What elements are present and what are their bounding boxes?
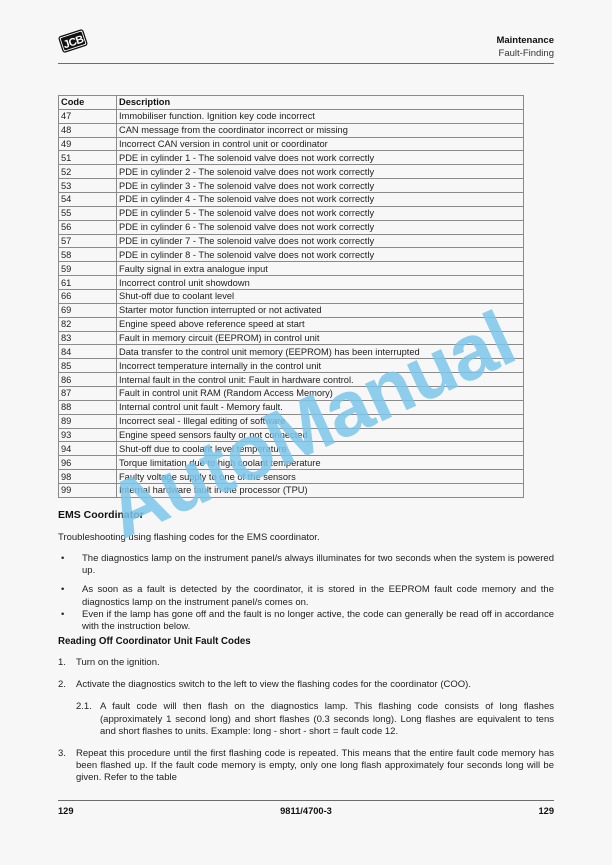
fault-description-cell: Fault in memory circuit (EEPROM) in cont… bbox=[117, 331, 524, 345]
fault-description-cell: PDE in cylinder 8 - The solenoid valve d… bbox=[117, 248, 524, 262]
bullet-text: As soon as a fault is detected by the co… bbox=[82, 584, 554, 607]
fault-code-table: Code Description 47Immobiliser function.… bbox=[58, 95, 524, 498]
fault-description-cell: PDE in cylinder 5 - The solenoid valve d… bbox=[117, 206, 524, 220]
bullet-icon: • bbox=[61, 584, 64, 596]
table-row: 82Engine speed above reference speed at … bbox=[59, 317, 524, 331]
fault-code-cell: 51 bbox=[59, 151, 117, 165]
fault-code-cell: 47 bbox=[59, 109, 117, 123]
fault-code-cell: 82 bbox=[59, 317, 117, 331]
fault-code-cell: 66 bbox=[59, 290, 117, 304]
fault-description-cell: Faulty voltage supply to one of the sens… bbox=[117, 470, 524, 484]
step-text: Activate the diagnostics switch to the l… bbox=[76, 679, 471, 690]
step-number: 3. bbox=[58, 748, 66, 760]
table-row: 49Incorrect CAN version in control unit … bbox=[59, 137, 524, 151]
table-row: 98Faulty voltage supply to one of the se… bbox=[59, 470, 524, 484]
fault-description-cell: PDE in cylinder 3 - The solenoid valve d… bbox=[117, 179, 524, 193]
bullet-text: The diagnostics lamp on the instrument p… bbox=[82, 553, 554, 576]
fault-description-cell: Engine speed above reference speed at st… bbox=[117, 317, 524, 331]
table-row: 57PDE in cylinder 7 - The solenoid valve… bbox=[59, 234, 524, 248]
bullet-icon: • bbox=[61, 609, 64, 621]
step-number: 1. bbox=[58, 657, 66, 669]
fault-code-cell: 89 bbox=[59, 414, 117, 428]
table-row: 51PDE in cylinder 1 - The solenoid valve… bbox=[59, 151, 524, 165]
fault-code-cell: 93 bbox=[59, 428, 117, 442]
fault-description-cell: Incorrect temperature internally in the … bbox=[117, 359, 524, 373]
table-row: 61Incorrect control unit showdown bbox=[59, 276, 524, 290]
fault-description-cell: Internal hardware fault in the processor… bbox=[117, 484, 524, 498]
ems-bullet-list: • The diagnostics lamp on the instrument… bbox=[58, 553, 554, 633]
fault-description-cell: Incorrect seal - Illegal editing of soft… bbox=[117, 414, 524, 428]
table-row: 84Data transfer to the control unit memo… bbox=[59, 345, 524, 359]
fault-description-cell: PDE in cylinder 6 - The solenoid valve d… bbox=[117, 220, 524, 234]
table-row: 53PDE in cylinder 3 - The solenoid valve… bbox=[59, 179, 524, 193]
fault-description-cell: Incorrect CAN version in control unit or… bbox=[117, 137, 524, 151]
section-title-ems-coordinator: EMS Coordinator bbox=[58, 509, 144, 521]
fault-code-cell: 57 bbox=[59, 234, 117, 248]
table-row: 69Starter motor function interrupted or … bbox=[59, 303, 524, 317]
table-row: 83Fault in memory circuit (EEPROM) in co… bbox=[59, 331, 524, 345]
fault-code-cell: 48 bbox=[59, 123, 117, 137]
manual-page: JCB Maintenance Fault-Finding Code Descr… bbox=[0, 0, 612, 865]
table-row: 55PDE in cylinder 5 - The solenoid valve… bbox=[59, 206, 524, 220]
header-titles: Maintenance Fault-Finding bbox=[496, 34, 554, 60]
table-row: 93Engine speed sensors faulty or not con… bbox=[59, 428, 524, 442]
fault-description-cell: PDE in cylinder 2 - The solenoid valve d… bbox=[117, 165, 524, 179]
fault-description-cell: Fault in control unit RAM (Random Access… bbox=[117, 387, 524, 401]
step-text: A fault code will then flash on the diag… bbox=[100, 701, 554, 736]
fault-code-cell: 87 bbox=[59, 387, 117, 401]
fault-description-cell: Internal control unit fault - Memory fau… bbox=[117, 400, 524, 414]
fault-code-cell: 53 bbox=[59, 179, 117, 193]
table-row: 88Internal control unit fault - Memory f… bbox=[59, 400, 524, 414]
fault-description-cell: Incorrect control unit showdown bbox=[117, 276, 524, 290]
fault-code-cell: 61 bbox=[59, 276, 117, 290]
bullet-icon: • bbox=[61, 553, 64, 565]
fault-description-cell: Starter motor function interrupted or no… bbox=[117, 303, 524, 317]
table-row: 47Immobiliser function. Ignition key cod… bbox=[59, 109, 524, 123]
fault-description-cell: Faulty signal in extra analogue input bbox=[117, 262, 524, 276]
step-number: 2. bbox=[58, 679, 66, 691]
list-item: • Even if the lamp has gone off and the … bbox=[58, 609, 554, 633]
fault-code-cell: 55 bbox=[59, 206, 117, 220]
column-header-code: Code bbox=[59, 96, 117, 110]
step-item: 1. Turn on the ignition. bbox=[58, 657, 554, 669]
fault-code-cell: 99 bbox=[59, 484, 117, 498]
fault-description-cell: PDE in cylinder 1 - The solenoid valve d… bbox=[117, 151, 524, 165]
table-row: 56PDE in cylinder 6 - The solenoid valve… bbox=[59, 220, 524, 234]
fault-code-cell: 94 bbox=[59, 442, 117, 456]
fault-description-cell: Data transfer to the control unit memory… bbox=[117, 345, 524, 359]
ems-intro-text: Troubleshooting using flashing codes for… bbox=[58, 532, 320, 543]
header-divider bbox=[58, 63, 554, 64]
section-title-reading-codes: Reading Off Coordinator Unit Fault Codes bbox=[58, 636, 251, 647]
fault-code-cell: 85 bbox=[59, 359, 117, 373]
fault-description-cell: Engine speed sensors faulty or not conne… bbox=[117, 428, 524, 442]
table-row: 94Shut-off due to coolant level temperat… bbox=[59, 442, 524, 456]
bullet-text: Even if the lamp has gone off and the fa… bbox=[82, 609, 554, 632]
fault-description-cell: Internal fault in the control unit: Faul… bbox=[117, 373, 524, 387]
table-row: 52PDE in cylinder 2 - The solenoid valve… bbox=[59, 165, 524, 179]
table-header-row: Code Description bbox=[59, 96, 524, 110]
fault-code-cell: 58 bbox=[59, 248, 117, 262]
step-number: 2.1. bbox=[76, 701, 92, 713]
footer-divider bbox=[58, 800, 554, 801]
fault-code-cell: 49 bbox=[59, 137, 117, 151]
table-row: 85Incorrect temperature internally in th… bbox=[59, 359, 524, 373]
fault-description-cell: Shut-off due to coolant level bbox=[117, 290, 524, 304]
table-row: 99Internal hardware fault in the process… bbox=[59, 484, 524, 498]
fault-code-cell: 98 bbox=[59, 470, 117, 484]
table-row: 66Shut-off due to coolant level bbox=[59, 290, 524, 304]
fault-code-cell: 86 bbox=[59, 373, 117, 387]
fault-code-cell: 88 bbox=[59, 400, 117, 414]
substep-item: 2.1. A fault code will then flash on the… bbox=[58, 701, 554, 738]
table-row: 89Incorrect seal - Illegal editing of so… bbox=[59, 414, 524, 428]
footer-page-number-right: 129 bbox=[538, 806, 554, 816]
jcb-logo-icon: JCB bbox=[58, 28, 88, 54]
fault-code-cell: 56 bbox=[59, 220, 117, 234]
fault-code-cell: 96 bbox=[59, 456, 117, 470]
table-row: 59Faulty signal in extra analogue input bbox=[59, 262, 524, 276]
step-text: Turn on the ignition. bbox=[76, 657, 160, 668]
header-subsection: Fault-Finding bbox=[496, 47, 554, 60]
step-text: Repeat this procedure until the first fl… bbox=[76, 748, 554, 783]
footer-document-number: 9811/4700-3 bbox=[0, 806, 612, 816]
header-section: Maintenance bbox=[496, 34, 554, 47]
fault-code-cell: 54 bbox=[59, 193, 117, 207]
table-row: 87Fault in control unit RAM (Random Acce… bbox=[59, 387, 524, 401]
fault-code-cell: 84 bbox=[59, 345, 117, 359]
table-row: 96Torque limitation due to high coolant … bbox=[59, 456, 524, 470]
list-item: • As soon as a fault is detected by the … bbox=[58, 584, 554, 608]
list-item: • The diagnostics lamp on the instrument… bbox=[58, 553, 554, 577]
fault-description-cell: PDE in cylinder 4 - The solenoid valve d… bbox=[117, 193, 524, 207]
column-header-description: Description bbox=[117, 96, 524, 110]
fault-code-cell: 83 bbox=[59, 331, 117, 345]
fault-description-cell: Torque limitation due to high coolant te… bbox=[117, 456, 524, 470]
fault-description-cell: Immobiliser function. Ignition key code … bbox=[117, 109, 524, 123]
fault-description-cell: Shut-off due to coolant level temperatur… bbox=[117, 442, 524, 456]
fault-code-cell: 69 bbox=[59, 303, 117, 317]
table-row: 86Internal fault in the control unit: Fa… bbox=[59, 373, 524, 387]
step-item: 2. Activate the diagnostics switch to th… bbox=[58, 679, 554, 691]
step-item: 3. Repeat this procedure until the first… bbox=[58, 748, 554, 785]
procedure-steps: 1. Turn on the ignition. 2. Activate the… bbox=[58, 657, 554, 785]
table-row: 58PDE in cylinder 8 - The solenoid valve… bbox=[59, 248, 524, 262]
fault-code-cell: 59 bbox=[59, 262, 117, 276]
fault-code-cell: 52 bbox=[59, 165, 117, 179]
table-row: 54PDE in cylinder 4 - The solenoid valve… bbox=[59, 193, 524, 207]
fault-description-cell: CAN message from the coordinator incorre… bbox=[117, 123, 524, 137]
fault-description-cell: PDE in cylinder 7 - The solenoid valve d… bbox=[117, 234, 524, 248]
table-row: 48CAN message from the coordinator incor… bbox=[59, 123, 524, 137]
